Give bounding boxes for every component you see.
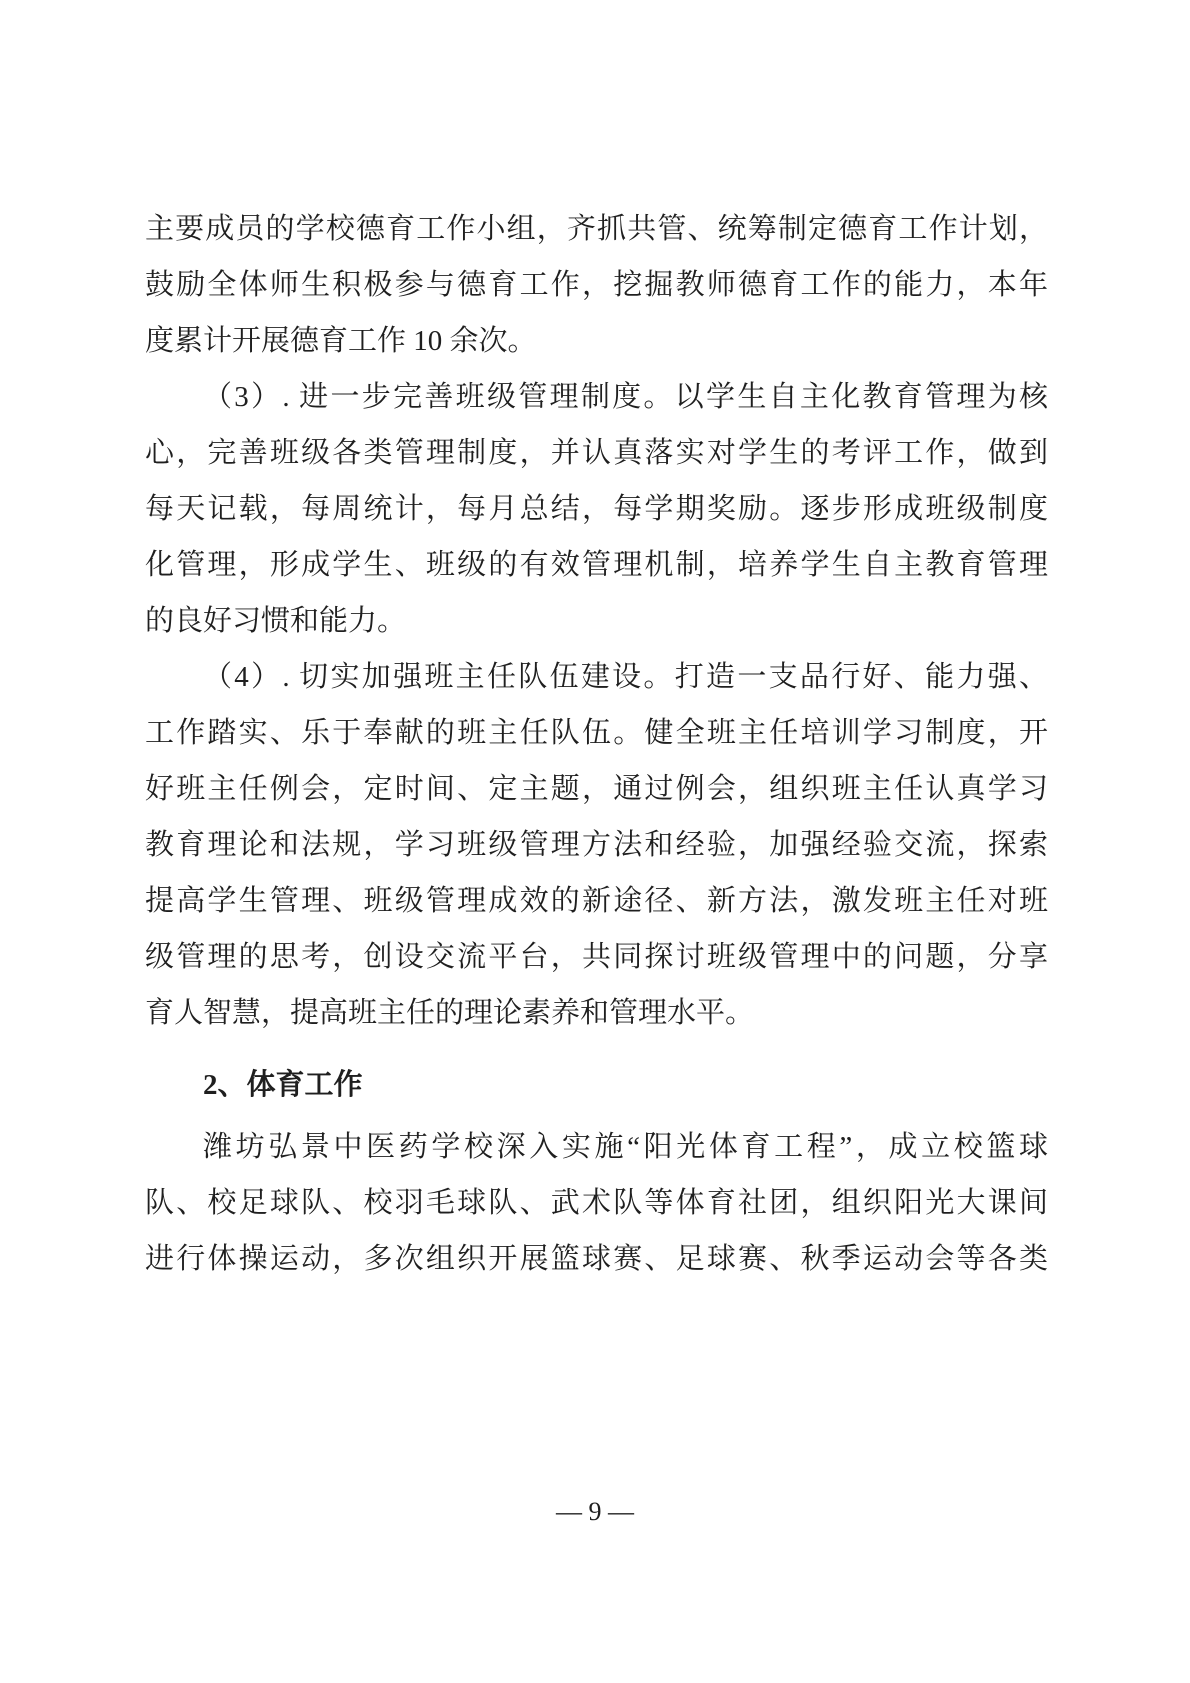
body-line: 育人智慧，提高班主任的理论素养和管理水平。 <box>145 985 1048 1041</box>
body-line: 潍坊弘景中医药学校深入实施“阳光体育工程”，成立校篮球 <box>145 1119 1048 1175</box>
body-line: （3）. 进一步完善班级管理制度。以学生自主化教育管理为核 <box>145 369 1048 425</box>
body-line: 好班主任例会，定时间、定主题，通过例会，组织班主任认真学习 <box>145 761 1048 817</box>
document-body: 主要成员的学校德育工作小组，齐抓共管、统筹制定德育工作计划， 鼓励全体师生积极参… <box>145 201 1048 1287</box>
body-line: 教育理论和法规，学习班级管理方法和经验，加强经验交流，探索 <box>145 817 1048 873</box>
page-number: — 9 — <box>0 1492 1190 1532</box>
document-page: 主要成员的学校德育工作小组，齐抓共管、统筹制定德育工作计划， 鼓励全体师生积极参… <box>0 0 1190 1683</box>
body-line: 工作踏实、乐于奉献的班主任队伍。健全班主任培训学习制度，开 <box>145 705 1048 761</box>
body-line: 的良好习惯和能力。 <box>145 593 1048 649</box>
body-line: （4）. 切实加强班主任队伍建设。打造一支品行好、能力强、 <box>145 649 1048 705</box>
body-line: 级管理的思考，创设交流平台，共同探讨班级管理中的问题，分享 <box>145 929 1048 985</box>
body-line: 鼓励全体师生积极参与德育工作，挖掘教师德育工作的能力，本年 <box>145 257 1048 313</box>
body-line: 队、校足球队、校羽毛球队、武术队等体育社团，组织阳光大课间 <box>145 1175 1048 1231</box>
body-line: 主要成员的学校德育工作小组，齐抓共管、统筹制定德育工作计划， <box>145 201 1048 257</box>
body-line: 提高学生管理、班级管理成效的新途径、新方法，激发班主任对班 <box>145 873 1048 929</box>
body-line: 度累计开展德育工作 10 余次。 <box>145 313 1048 369</box>
section-heading-sports: 2、体育工作 <box>145 1057 1048 1113</box>
body-line: 每天记载，每周统计，每月总结，每学期奖励。逐步形成班级制度 <box>145 481 1048 537</box>
body-line: 心，完善班级各类管理制度，并认真落实对学生的考评工作，做到 <box>145 425 1048 481</box>
body-line: 化管理，形成学生、班级的有效管理机制，培养学生自主教育管理 <box>145 537 1048 593</box>
body-line: 进行体操运动，多次组织开展篮球赛、足球赛、秋季运动会等各类 <box>145 1231 1048 1287</box>
